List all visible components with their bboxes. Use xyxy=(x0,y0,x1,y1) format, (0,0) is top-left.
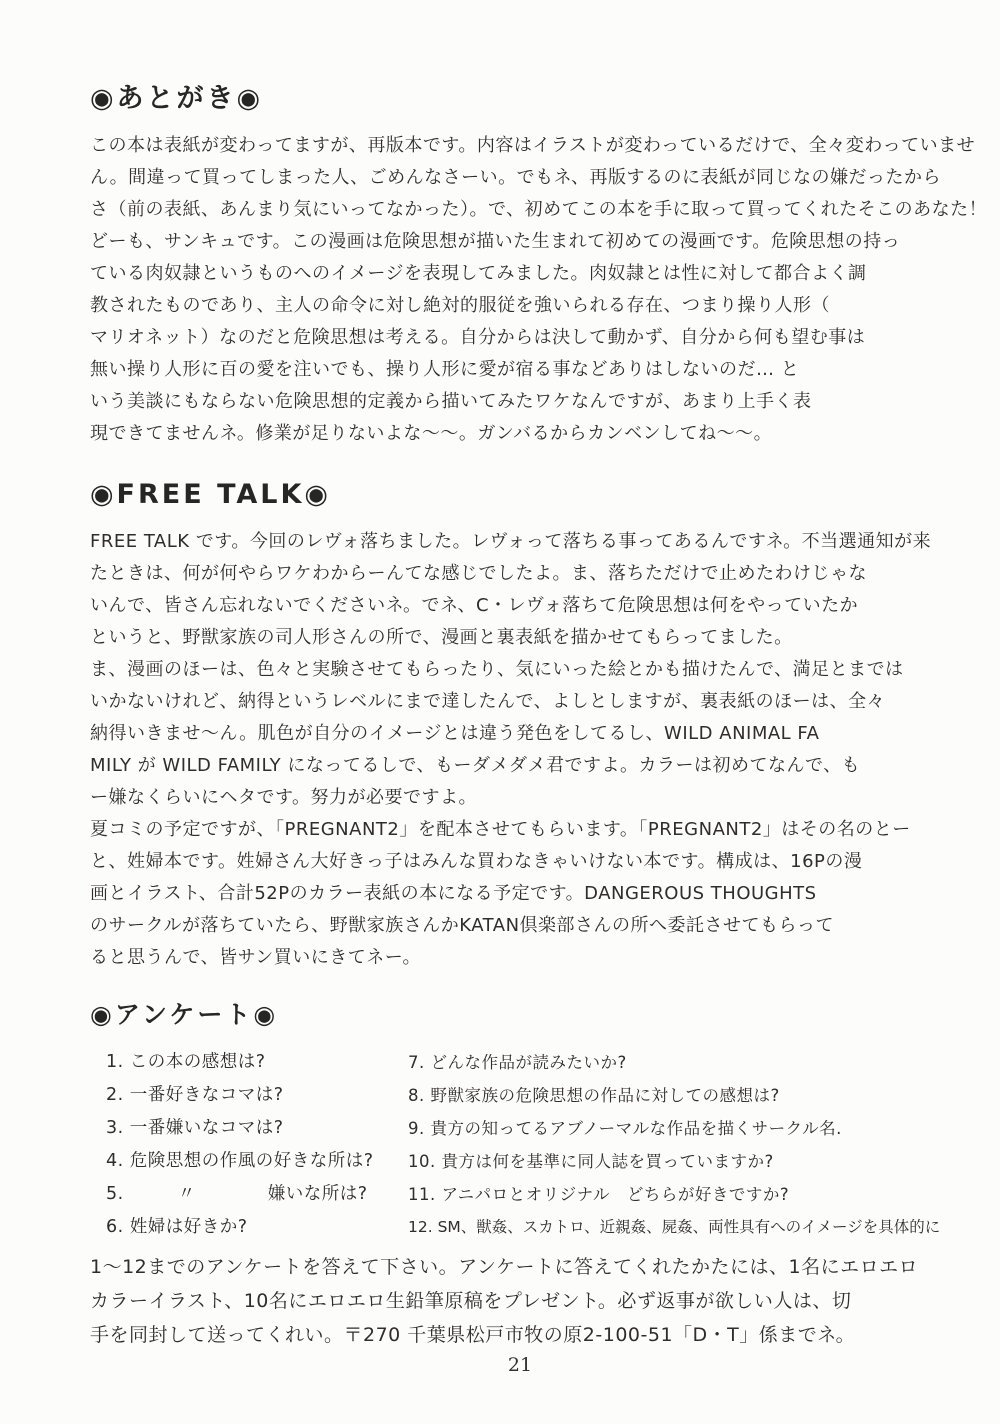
questionnaire-item: 3. 一番嫌いなコマは? xyxy=(106,1112,408,1145)
page-content: ◉あとがき◉ この本は表紙が変わってますが、再版本です。内容はイラストが変わって… xyxy=(0,0,1000,1376)
footer-line: 1〜12までのアンケートを答えて下さい。アンケートに答えてくれたかたには、1名に… xyxy=(90,1250,950,1284)
questionnaire-section: ◉アンケート◉ 1. この本の感想は? 2. 一番好きなコマは? 3. 一番嫌い… xyxy=(90,996,950,1352)
afterword-line: 教されたものであり、主人の命令に対し絶対的服従を強いられる存在、つまり操り人形（ xyxy=(90,290,950,322)
free-talk-line: ると思うんで、皆サン買いにきてネー。 xyxy=(90,942,950,974)
free-talk-line: 夏コミの予定ですが、「PREGNANT2」を配本させてもらいます。「PREGNA… xyxy=(90,814,950,846)
free-talk-line: ー嫌なくらいにヘタです。努力が必要ですよ。 xyxy=(90,782,950,814)
questionnaire-item: 2. 一番好きなコマは? xyxy=(106,1079,408,1112)
questionnaire-left-column: 1. この本の感想は? 2. 一番好きなコマは? 3. 一番嫌いなコマは? 4.… xyxy=(90,1046,408,1244)
afterword-title: ◉あとがき◉ xyxy=(90,80,950,118)
footer-line: 手を同封して送ってくれい。〒270 千葉県松戸市牧の原2-100-51「D・T」… xyxy=(90,1318,950,1352)
footer-line: カラーイラスト、10名にエロエロ生鉛筆原稿をプレゼント。必ず返事が欲しい人は、切 xyxy=(90,1284,950,1318)
afterword-line: どーも、サンキュです。この漫画は危険思想が描いた生まれて初めての漫画です。危険思… xyxy=(90,226,950,258)
free-talk-title: ◉FREE TALK◉ xyxy=(90,476,950,514)
afterword-line: 無い操り人形に百の愛を注いでも、操り人形に愛が宿る事などありはしないのだ… と xyxy=(90,354,950,386)
afterword-line: いう美談にもならない危険思想的定義から描いてみたワケなんですが、あまり上手く表 xyxy=(90,386,950,418)
free-talk-line: ま、漫画のほーは、色々と実験させてもらったり、気にいった絵とかも描けたんで、満足… xyxy=(90,654,950,686)
free-talk-line: FREE TALK です。今回のレヴォ落ちました。レヴォって落ちる事ってあるんで… xyxy=(90,526,950,558)
questionnaire-item: 6. 姓婦は好きか? xyxy=(106,1211,408,1244)
afterword-line: 現できてませんネ。修業が足りないよな〜〜。ガンバるからカンベンしてね〜〜。 xyxy=(90,418,950,450)
free-talk-line: いかないけれど、納得というレベルにまで達したんで、よしとしますが、裏表紙のほーは… xyxy=(90,686,950,718)
questionnaire-item: 7. どんな作品が読みたいか? xyxy=(408,1046,950,1079)
free-talk-line: のサークルが落ちていたら、野獣家族さんかKATAN倶楽部さんの所へ委託させてもら… xyxy=(90,910,950,942)
free-talk-line: というと、野獣家族の司人形さんの所で、漫画と裏表紙を描かせてもらってました。 xyxy=(90,622,950,654)
free-talk-line: 納得いきませ〜ん。肌色が自分のイメージとは違う発色をしてるし、WILD ANIM… xyxy=(90,718,950,750)
questionnaire-item: 8. 野獣家族の危険思想の作品に対しての感想は? xyxy=(408,1079,950,1112)
questionnaire-list: 1. この本の感想は? 2. 一番好きなコマは? 3. 一番嫌いなコマは? 4.… xyxy=(90,1046,950,1244)
questionnaire-item: 4. 危険思想の作風の好きな所は? xyxy=(106,1145,408,1178)
questionnaire-right-column: 7. どんな作品が読みたいか? 8. 野獣家族の危険思想の作品に対しての感想は?… xyxy=(408,1046,950,1244)
afterword-line: マリオネット）なのだと危険思想は考える。自分からは決して動かず、自分から何も望む… xyxy=(90,322,950,354)
questionnaire-item: 12. SM、獣姦、スカトロ、近親姦、屍姦、両性具有へのイメージを具体的に xyxy=(408,1211,950,1244)
afterword-line: さ（前の表紙、あんまり気にいってなかった）。で、初めてこの本を手に取って買ってく… xyxy=(90,194,950,226)
afterword-line: この本は表紙が変わってますが、再版本です。内容はイラストが変わっているだけで、全… xyxy=(90,130,950,162)
questionnaire-item: 9. 貴方の知ってるアブノーマルな作品を描くサークル名. xyxy=(408,1112,950,1145)
free-talk-line: MILY が WILD FAMILY になってるしで、もーダメダメ君ですよ。カラ… xyxy=(90,750,950,782)
questionnaire-title: ◉アンケート◉ xyxy=(90,996,950,1034)
free-talk-line: 画とイラスト、合計52Pのカラー表紙の本になる予定です。DANGEROUS TH… xyxy=(90,878,950,910)
afterword-line: ている肉奴隷というものへのイメージを表現してみました。肉奴隷とは性に対して都合よ… xyxy=(90,258,950,290)
scanned-doujinshi-page: ◉あとがき◉ この本は表紙が変わってますが、再版本です。内容はイラストが変わって… xyxy=(0,0,1000,1424)
questionnaire-item: 11. アニパロとオリジナル どちらが好きですか? xyxy=(408,1178,950,1211)
questionnaire-item: 5. 〃 嫌いな所は? xyxy=(106,1178,408,1211)
questionnaire-footer: 1〜12までのアンケートを答えて下さい。アンケートに答えてくれたかたには、1名に… xyxy=(90,1250,950,1352)
questionnaire-item: 1. この本の感想は? xyxy=(106,1046,408,1079)
page-number: 21 xyxy=(90,1354,950,1376)
afterword-line: ん。間違って買ってしまった人、ごめんなさーい。でもネ、再版するのに表紙が同じなの… xyxy=(90,162,950,194)
afterword-section: ◉あとがき◉ この本は表紙が変わってますが、再版本です。内容はイラストが変わって… xyxy=(90,80,950,450)
free-talk-line: たときは、何が何やらワケわからーんてな感じでしたよ。ま、落ちただけで止めたわけじ… xyxy=(90,558,950,590)
free-talk-section: ◉FREE TALK◉ FREE TALK です。今回のレヴォ落ちました。レヴォ… xyxy=(90,476,950,974)
free-talk-line: いんで、皆さん忘れないでくださいネ。でネ、C・レヴォ落ちて危険思想は何をやってい… xyxy=(90,590,950,622)
free-talk-line: と、姓婦本です。姓婦さん大好きっ子はみんな買わなきゃいけない本です。構成は、16… xyxy=(90,846,950,878)
questionnaire-item: 10. 貴方は何を基準に同人誌を買っていますか? xyxy=(408,1145,950,1178)
free-talk-paragraph: FREE TALK です。今回のレヴォ落ちました。レヴォって落ちる事ってあるんで… xyxy=(90,526,950,974)
afterword-paragraph: この本は表紙が変わってますが、再版本です。内容はイラストが変わっているだけで、全… xyxy=(90,130,950,450)
